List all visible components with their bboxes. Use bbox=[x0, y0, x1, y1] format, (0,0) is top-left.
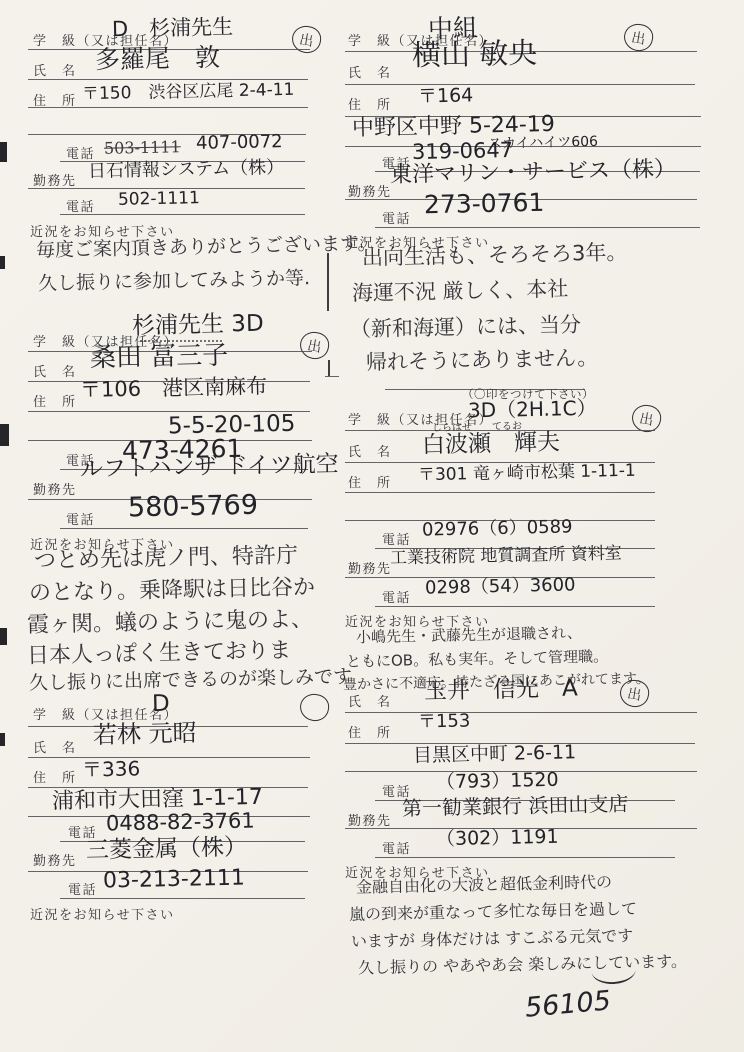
workplace-phone-value: 273-0761 bbox=[424, 189, 545, 219]
attendance-circle bbox=[298, 692, 331, 723]
workplace-value: 日石情報システム（株） bbox=[88, 158, 285, 182]
phone-label: 電話 bbox=[68, 879, 97, 898]
workplace-phone-value: （302）1191 bbox=[436, 827, 559, 850]
workplace-label: 勤務先 bbox=[33, 479, 77, 498]
news-line: のとなり。乗降駅は日比谷か bbox=[29, 576, 315, 606]
class-value: 3D（2H.1C） bbox=[468, 397, 597, 422]
ruled-line bbox=[28, 107, 308, 108]
phone-label: 電話 bbox=[382, 838, 411, 857]
scan-artifact bbox=[0, 733, 5, 746]
ruled-line bbox=[28, 757, 310, 758]
name-label: 氏 名 bbox=[348, 441, 392, 460]
address-value-2: 目黒区中町 2-6-11 bbox=[413, 742, 577, 766]
news-prompt-label: 近況をお知らせ下さい bbox=[30, 904, 175, 923]
scan-artifact bbox=[0, 424, 9, 446]
phone-value: 407-0072 bbox=[196, 132, 283, 154]
stray-pen-stroke bbox=[327, 253, 329, 311]
address-value: 〒301 竜ヶ崎市松葉 1-11-1 bbox=[418, 462, 636, 485]
ruled-line bbox=[375, 606, 655, 607]
name-value: 多羅尾 敦 bbox=[95, 44, 221, 74]
workplace-value: 三菱金属（株） bbox=[86, 835, 247, 864]
class-value: D 杉浦先生 bbox=[112, 16, 234, 42]
workplace-label: 勤務先 bbox=[348, 181, 392, 200]
name-label: 氏 名 bbox=[348, 62, 392, 81]
scan-artifact bbox=[0, 142, 7, 162]
news-line: 帰れそうにありません。 bbox=[366, 347, 599, 375]
phone-label: 電話 bbox=[66, 509, 95, 528]
phone-label: 電話 bbox=[66, 143, 95, 162]
ruled-line bbox=[60, 214, 305, 215]
workplace-phone-value: 502-1111 bbox=[118, 189, 200, 209]
stray-pen-stroke bbox=[328, 360, 330, 376]
class-value: 杉浦先生 3D bbox=[132, 312, 264, 340]
phone-value: （793）1520 bbox=[436, 770, 559, 793]
phone-crossed-out: 503-1111 bbox=[104, 138, 181, 157]
name-value: 白波瀬 輝夫 bbox=[422, 431, 560, 459]
address-label: 住 所 bbox=[348, 722, 392, 741]
name-label: 氏 名 bbox=[348, 691, 392, 710]
workplace-phone-value: 580-5769 bbox=[128, 491, 259, 523]
ruled-line bbox=[345, 492, 655, 493]
ruled-line bbox=[375, 227, 700, 228]
name-label: 氏 名 bbox=[33, 361, 77, 380]
workplace-value: ルフトハンザ ドイツ航空 bbox=[80, 452, 339, 483]
news-line: 嵐の到来が重なって多忙な毎日を過して bbox=[349, 900, 637, 924]
stray-pen-stroke bbox=[325, 376, 339, 377]
news-line: 出向生活も、そろそろ3年。 bbox=[362, 241, 628, 270]
workplace-label: 勤務先 bbox=[33, 850, 77, 869]
news-line: （新和海運）には、当分 bbox=[350, 314, 581, 342]
workplace-phone-value: 03-213-2111 bbox=[103, 867, 245, 894]
ruled-line bbox=[375, 857, 675, 858]
address-label: 住 所 bbox=[348, 94, 392, 113]
scan-artifact bbox=[0, 628, 7, 645]
workplace-value: 工業技術院 地質調査所 資料室 bbox=[390, 545, 622, 569]
page-code: 56105 bbox=[524, 986, 612, 1023]
workplace-label: 勤務先 bbox=[348, 810, 392, 829]
phone-label: 電話 bbox=[382, 587, 411, 606]
news-line: つとめ先は虎ノ門、特許庁 bbox=[34, 544, 298, 574]
name-value: 玉井 信光 A bbox=[424, 676, 578, 705]
scan-artifact bbox=[0, 256, 5, 269]
phone-value: 0488-82-3761 bbox=[106, 809, 255, 835]
address-label: 住 所 bbox=[348, 472, 392, 491]
news-line: 久し振りに出席できるのが楽しみです bbox=[29, 667, 352, 695]
phone-label: 電話 bbox=[66, 196, 95, 215]
workplace-label: 勤務先 bbox=[348, 558, 392, 577]
ruled-line bbox=[345, 146, 701, 147]
name-value: 桑田 冨三子 bbox=[90, 342, 229, 373]
ruled-line bbox=[60, 528, 308, 529]
address-label: 住 所 bbox=[33, 391, 77, 410]
phone-label: 電話 bbox=[382, 529, 411, 548]
address-value: 〒153 bbox=[418, 711, 471, 732]
address-label: 住 所 bbox=[33, 767, 77, 786]
news-line: ともにOB。私も実年。そして管理職。 bbox=[346, 648, 608, 670]
name-label: 氏 名 bbox=[33, 60, 77, 79]
address-value: 〒150 渋谷区広尾 2-4-11 bbox=[82, 81, 295, 104]
name-label: 氏 名 bbox=[33, 737, 77, 756]
name-value: 横山 敏央 bbox=[412, 38, 538, 73]
handwritten-flourish bbox=[591, 966, 636, 985]
address-value: 〒106 港区南麻布 bbox=[80, 375, 268, 402]
news-line: いますが 身体だけは すこぶる元気です bbox=[351, 927, 633, 950]
news-line: 海運不況 厳しく、本社 bbox=[352, 278, 569, 306]
workplace-value: 東洋マリン・サービス（株） bbox=[390, 158, 676, 188]
news-line: 小嶋先生・武藤先生が退職され、 bbox=[356, 625, 582, 646]
attendance-circle: 出 bbox=[622, 22, 655, 53]
workplace-phone-value: 0298（54）3600 bbox=[425, 575, 576, 598]
news-line: 霞ヶ関。蟻のように鬼のよ、 bbox=[27, 608, 313, 638]
phone-value: 02976（6）0589 bbox=[422, 517, 573, 540]
news-line: 日本人っぽく生きておりま bbox=[27, 639, 291, 669]
news-line: 金融自由化の大波と超低金利時代の bbox=[356, 873, 612, 896]
news-line: 久し振りの やあやあ会 楽しみにしています。 bbox=[358, 953, 687, 977]
ruled-line bbox=[345, 84, 695, 85]
attendance-circle: 出 bbox=[290, 24, 323, 55]
ruled-line bbox=[345, 712, 697, 713]
workplace-label: 勤務先 bbox=[33, 170, 77, 189]
address-value: 〒336 bbox=[82, 757, 141, 780]
class-value: D bbox=[152, 692, 170, 718]
news-line: 久し振りに参加してみようか等. bbox=[38, 268, 310, 295]
ruled-line bbox=[60, 898, 305, 899]
phone-label: 電話 bbox=[382, 208, 411, 227]
scanned-reunion-contact-sheet: 学 級（又は担任名） D 杉浦先生 出 氏 名 多羅尾 敦 住 所 〒150 渋… bbox=[0, 0, 744, 1052]
news-line: 毎度ご案内頂きありがとうございます。 bbox=[36, 233, 377, 261]
address-value: 〒164 bbox=[418, 85, 474, 107]
name-value: 若林 元昭 bbox=[93, 720, 197, 749]
workplace-value: 第一勧業銀行 浜田山支店 bbox=[402, 793, 629, 820]
attendance-circle: 出 bbox=[298, 330, 331, 361]
